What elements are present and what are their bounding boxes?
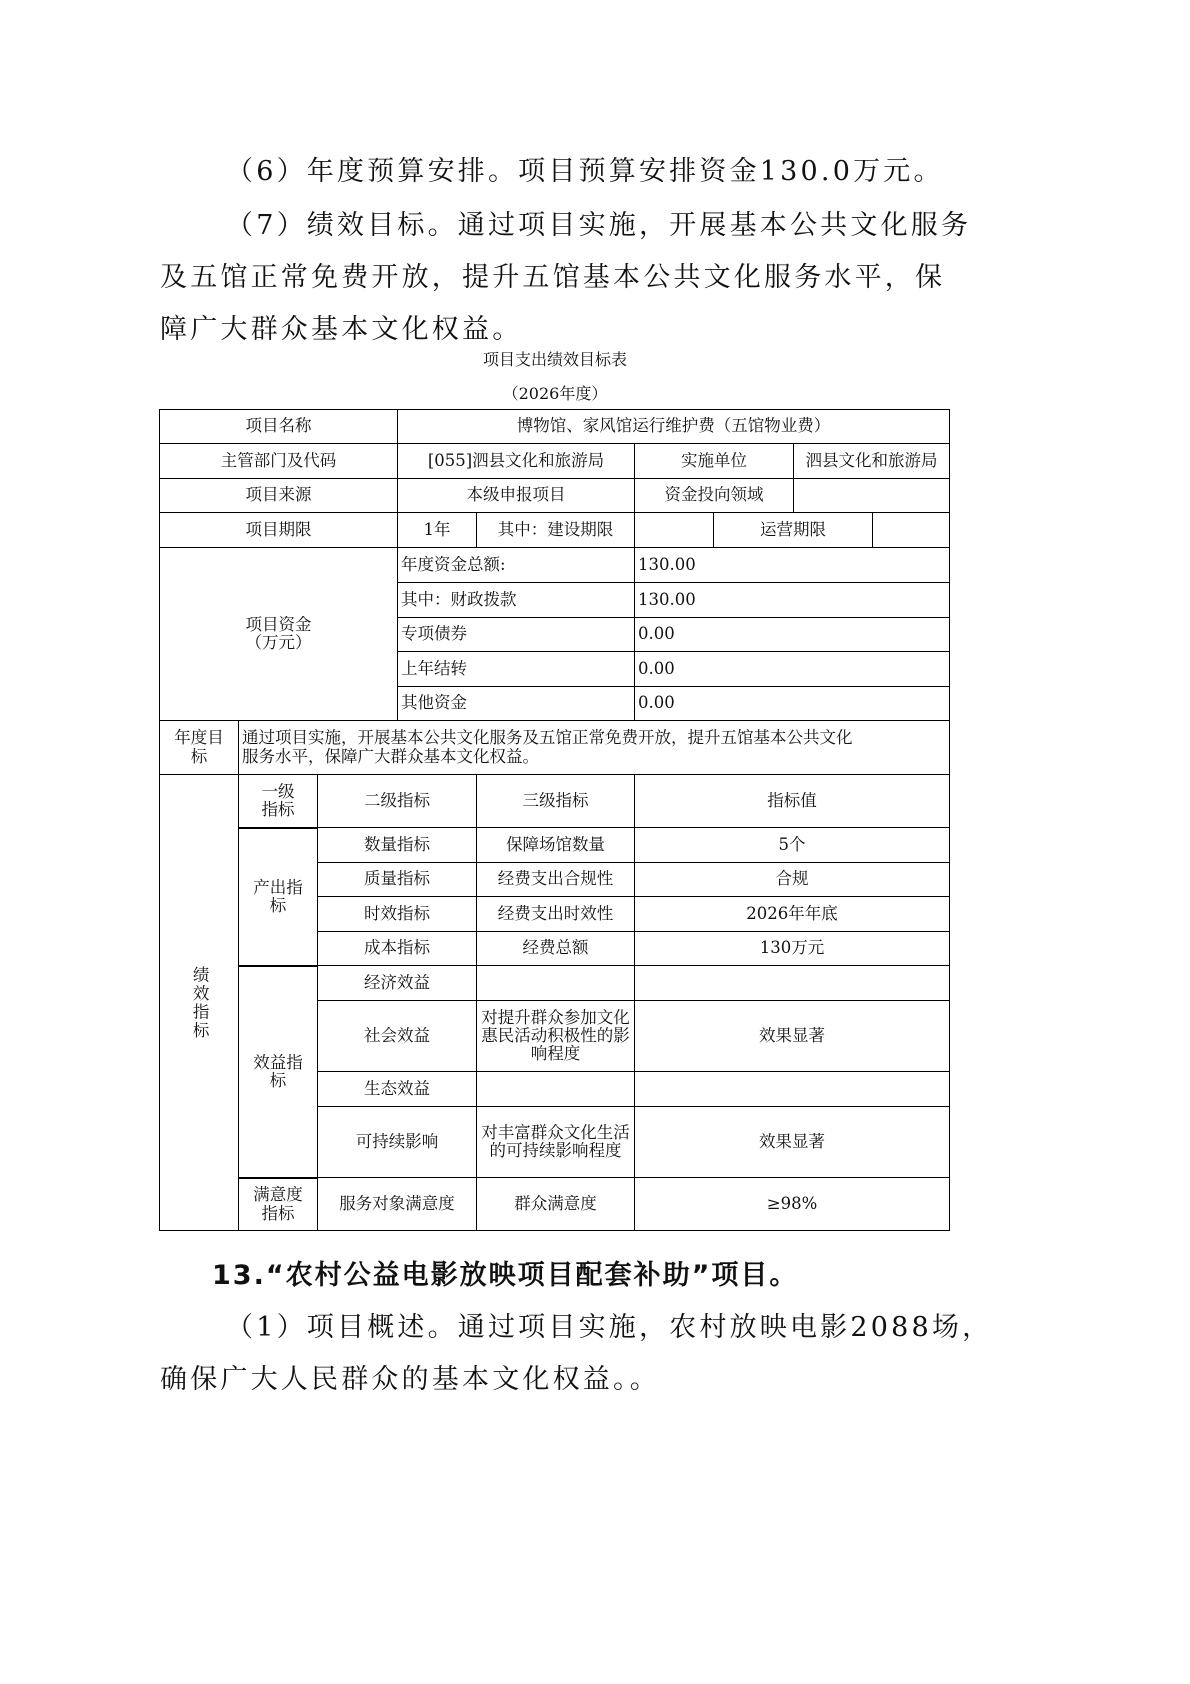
dept-label: 主管部门及代码 (159, 443, 398, 479)
section-13-overview-line2: 确保广大人民群众的基本文化权益。。 (160, 1366, 660, 1393)
benefit-level2: 经济效益 (317, 965, 477, 1001)
output-level3: 保障场馆数量 (476, 827, 635, 863)
paragraph-goal-line3: 障广大群众基本文化权益。 (160, 316, 522, 343)
output-value: 2026年年底 (634, 896, 950, 932)
output-level3: 经费总额 (476, 931, 635, 966)
funds-item-value: 0.00 (634, 686, 950, 721)
paragraph-goal-line1: （7）绩效目标。通过项目实施，开展基本公共文化服务 (226, 212, 971, 239)
construction-period-label: 其中：建设期限 (476, 512, 635, 548)
benefit-value: 效果显著 (634, 1000, 950, 1072)
dept-value: [055]泗县文化和旅游局 (397, 443, 635, 479)
impl-unit-value: 泗县文化和旅游局 (793, 443, 950, 479)
benefit-value (634, 1071, 950, 1107)
header-level3: 三级指标 (476, 774, 635, 828)
output-level3: 经费支出合规性 (476, 862, 635, 897)
annual-goal-line2: 服务水平，保障广大群众基本文化权益。 (242, 748, 539, 766)
annual-goal-label: 年度目标 (159, 720, 239, 775)
construction-period-value (634, 512, 714, 548)
satisfaction-indicators-label: 满意度指标 (238, 1177, 318, 1231)
paragraph-goal-line2: 及五馆正常免费开放，提升五馆基本公共文化服务水平，保 (160, 264, 945, 291)
section-13-heading: 13.“农村公益电影放映项目配套补助”项目。 (212, 1262, 798, 1289)
benefit-level2: 生态效益 (317, 1071, 477, 1107)
perf-indicators-text: 绩效指标 (190, 966, 208, 1040)
output-value: 5个 (634, 827, 950, 863)
funds-label-line2: （万元） (246, 634, 312, 652)
header-value: 指标值 (634, 774, 950, 828)
section-13-overview-line1: （1）项目概述。通过项目实施，农村放映电影2088场， (226, 1314, 992, 1341)
benefit-level2: 社会效益 (317, 1000, 477, 1072)
operation-period-label: 运营期限 (713, 512, 873, 548)
funds-item-value: 130.00 (634, 547, 950, 583)
benefit-level3: 对提升群众参加文化惠民活动积极性的影响程度 (476, 1000, 635, 1072)
funds-item-value: 130.00 (634, 582, 950, 618)
funds-item-label: 年度资金总额: (397, 547, 635, 583)
table-year: （2026年度） (0, 381, 1110, 404)
satisfaction-level2: 服务对象满意度 (317, 1177, 477, 1231)
output-level2: 数量指标 (317, 827, 477, 863)
output-value: 合规 (634, 862, 950, 897)
benefit-level3: 对丰富群众文化生活的可持续影响程度 (476, 1106, 635, 1178)
benefit-indicators-label: 效益指标 (238, 965, 318, 1178)
satisfaction-level3: 群众满意度 (476, 1177, 635, 1231)
benefit-level2: 可持续影响 (317, 1106, 477, 1178)
funds-item-value: 0.00 (634, 651, 950, 687)
table-title: 项目支出绩效目标表 (0, 347, 1110, 370)
perf-indicators-label: 绩效指标 (159, 774, 239, 1231)
output-level2: 时效指标 (317, 896, 477, 932)
project-name-value: 博物馆、家风馆运行维护费（五馆物业费） (397, 409, 950, 444)
period-label: 项目期限 (159, 512, 398, 548)
funds-item-label: 其中：财政拨款 (397, 582, 635, 618)
annual-goal-line1: 通过项目实施，开展基本公共文化服务及五馆正常免费开放，提升五馆基本公共文化 (242, 729, 853, 747)
header-level1: 一级指标 (238, 774, 318, 828)
funds-item-label: 上年结转 (397, 651, 635, 687)
satisfaction-value: ≥98% (634, 1177, 950, 1231)
output-value: 130万元 (634, 931, 950, 966)
output-indicators-label: 产出指标 (238, 827, 318, 966)
funds-item-label: 其他资金 (397, 686, 635, 721)
operation-period-value (872, 512, 950, 548)
annual-goal-value: 通过项目实施，开展基本公共文化服务及五馆正常免费开放，提升五馆基本公共文化 服务… (238, 720, 950, 775)
invest-field-value (793, 478, 950, 513)
impl-unit-label: 实施单位 (634, 443, 794, 479)
funds-item-label: 专项债券 (397, 617, 635, 652)
output-level2: 质量指标 (317, 862, 477, 897)
output-level3: 经费支出时效性 (476, 896, 635, 932)
source-label: 项目来源 (159, 478, 398, 513)
funds-label-line1: 项目资金 (246, 616, 312, 634)
benefit-value: 效果显著 (634, 1106, 950, 1178)
invest-field-label: 资金投向领域 (634, 478, 794, 513)
project-name-label: 项目名称 (159, 409, 398, 444)
benefit-level3 (476, 1071, 635, 1107)
output-level2: 成本指标 (317, 931, 477, 966)
period-value: 1年 (397, 512, 477, 548)
benefit-level3 (476, 965, 635, 1001)
funds-item-value: 0.00 (634, 617, 950, 652)
paragraph-budget: （6）年度预算安排。项目预算安排资金130.0万元。 (226, 158, 944, 185)
benefit-value (634, 965, 950, 1001)
header-level2: 二级指标 (317, 774, 477, 828)
source-value: 本级申报项目 (397, 478, 635, 513)
funds-label: 项目资金 （万元） (159, 547, 398, 721)
